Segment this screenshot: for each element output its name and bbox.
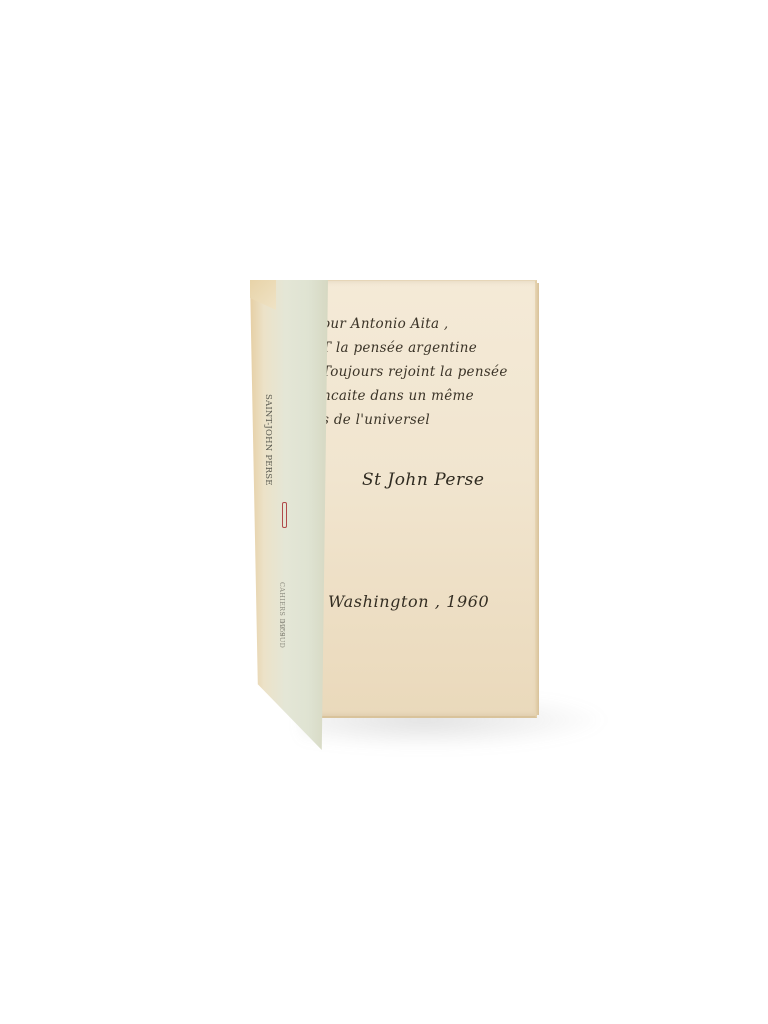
cover-year: 1959 [278,620,286,637]
handwritten-dedication: our Antonio Aita , T la pensée argentine… [322,312,532,432]
page-edge [535,283,539,715]
dedication-line: Toujours rejoint la pensée [322,360,532,384]
cover-publisher: CAHIERS DU SUD [278,582,286,648]
place-and-date: Washington , 1960 [328,592,489,611]
dedication-line: T la pensée argentine [322,336,532,360]
author-signature: St John Perse [362,470,484,490]
book-photograph: our Antonio Aita , T la pensée argentine… [0,0,768,1024]
cover-publisher-mark-icon [282,502,287,528]
dedication-line: s de l'universel [322,408,532,432]
book-cover-flap [250,280,328,750]
dedication-line: ncaite dans un même [322,384,532,408]
dedication-line: our Antonio Aita , [322,312,532,336]
cover-author-title: SAINT-JOHN PERSE [263,394,273,474]
